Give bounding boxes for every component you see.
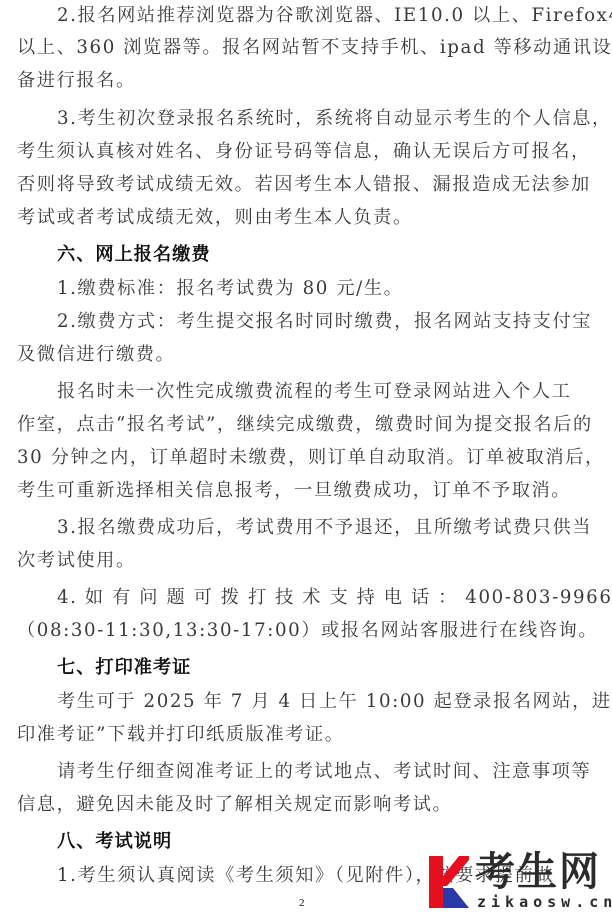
paragraph-line: 考生可于 2025 年 7 月 4 日上午 10:00 起登录报名网站，进入“打 bbox=[57, 690, 587, 714]
document-page: 2.报名网站推荐浏览器为谷歌浏览器、IE10.0 以上、Firefox40.0 … bbox=[0, 0, 612, 917]
paragraph-line: 及微信进行缴费。 bbox=[17, 343, 587, 367]
paragraph-line: 1.缴费标准：报名考试费为 80 元/生。 bbox=[57, 277, 587, 301]
paragraph-line: 考生须认真核对姓名、身份证号码等信息，确认无误后方可报名， bbox=[17, 140, 587, 164]
paragraph-line: 4. 如 有 问 题 可 拨 打 技 术 支 持 电 话 ： 400-803-9… bbox=[57, 586, 587, 610]
paragraph-line: 次考试使用。 bbox=[17, 549, 587, 573]
paragraph-line: 否则将导致考试成绩无效。若因考生本人错报、漏报造成无法参加 bbox=[17, 173, 587, 197]
paragraph-line: 30 分钟之内，订单超时未缴费，则订单自动取消。订单被取消后， bbox=[17, 446, 587, 470]
watermark-brand-text: 考生网 bbox=[475, 850, 601, 894]
section-heading-7: 七、打印准考证 bbox=[57, 656, 587, 680]
watermark-url: zikaosw.cn bbox=[477, 894, 612, 910]
paragraph-line: 考生可重新选择相关信息报考，一旦缴费成功，订单不予取消。 bbox=[17, 479, 587, 503]
paragraph-line: （08:30-11:30,13:30-17:00）或报名网站客服进行在线咨询。 bbox=[17, 619, 587, 643]
paragraph-line: 请考生仔细查阅准考证上的考试地点、考试时间、注意事项等 bbox=[57, 760, 587, 784]
paragraph-line: 2.缴费方式：考生提交报名时同时缴费，报名网站支持支付宝 bbox=[57, 310, 587, 334]
k-logo-icon bbox=[429, 856, 469, 908]
page-number: 2 bbox=[299, 897, 305, 909]
paragraph-line: 考试或者考试成绩无效，则由考生本人负责。 bbox=[17, 206, 587, 230]
paragraph-line: 信息，避免因未能及时了解相关规定而影响考试。 bbox=[17, 793, 587, 817]
paragraph-line: 以上、360 浏览器等。报名网站暂不支持手机、ipad 等移动通讯设 bbox=[17, 36, 587, 60]
paragraph-line: 3.报名缴费成功后，考试费用不予退还，且所缴考试费只供当 bbox=[57, 516, 587, 540]
paragraph-line: 2.报名网站推荐浏览器为谷歌浏览器、IE10.0 以上、Firefox40.0 bbox=[57, 4, 587, 28]
paragraph-line: 报名时未一次性完成缴费流程的考生可登录网站进入个人工 bbox=[57, 380, 587, 404]
paragraph-line: 印准考证”下载并打印纸质版准考证。 bbox=[17, 723, 587, 747]
section-heading-6: 六、网上报名缴费 bbox=[57, 243, 587, 267]
paragraph-line: 3.考生初次登录报名系统时，系统将自动显示考生的个人信息， bbox=[57, 107, 587, 131]
paragraph-line: 备进行报名。 bbox=[17, 69, 587, 93]
watermark-logo: 考生网 zikaosw.cn bbox=[429, 856, 607, 912]
paragraph-line: 作室，点击“报名考试”，继续完成缴费，缴费时间为提交报名后的 bbox=[17, 413, 587, 437]
